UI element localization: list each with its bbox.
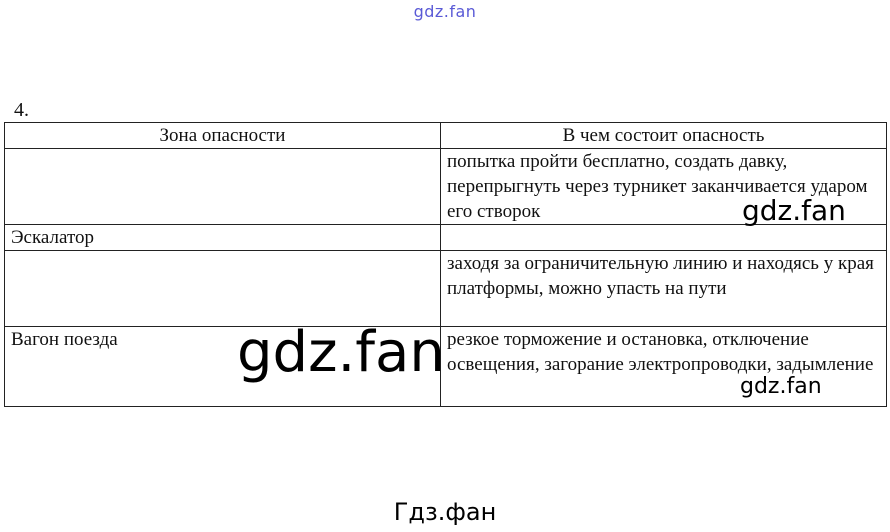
header-danger: В чем состоит опасность (441, 123, 887, 149)
header-zone: Зона опасности (5, 123, 441, 149)
cell-danger (441, 225, 887, 251)
danger-zones-table: Зона опасности В чем состоит опасность п… (4, 122, 887, 407)
watermark-row4: gdz.fan (740, 374, 822, 399)
cell-danger: заходя за ограничительную линию и находя… (441, 251, 887, 327)
table-row: Эскалатор (5, 225, 887, 251)
watermark-center: gdz.fan (237, 320, 445, 385)
cell-zone: Эскалатор (5, 225, 441, 251)
task-number: 4. (14, 99, 29, 122)
table-row: заходя за ограничительную линию и находя… (5, 251, 887, 327)
cell-zone (5, 149, 441, 225)
watermark-bottom: Гдз.фан (0, 498, 890, 526)
watermark-row1: gdz.fan (742, 194, 846, 227)
table-header-row: Зона опасности В чем состоит опасность (5, 123, 887, 149)
cell-zone (5, 251, 441, 327)
watermark-top: gdz.fan (0, 2, 890, 21)
